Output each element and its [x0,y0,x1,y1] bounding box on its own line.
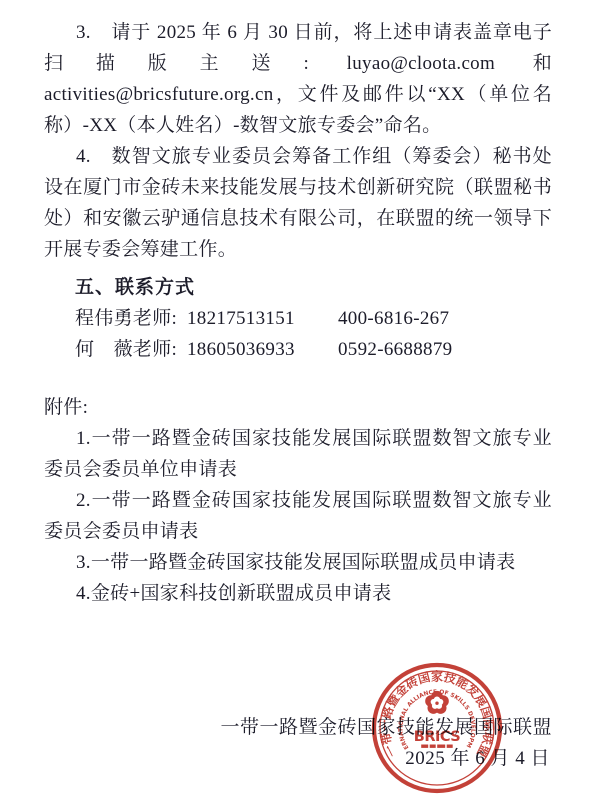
contact-row: 程伟勇老师:18217513151400-6816-267 [75,303,552,334]
paragraph-4: 4. 数智文旅专业委员会筹备工作组（筹委会）秘书处设在厦门市金砖未来技能发展与技… [44,141,552,265]
contact-name: 何 薇老师: [75,334,187,365]
seal-blossom-icon [425,691,449,714]
attachment-item: 1.一带一路暨金砖国家技能发展国际联盟数智文旅专业委员会委员单位申请表 [44,423,552,485]
signature-block: 一带一路暨金砖国家技能发展国际联盟 2025 年 6 月 4 日 [220,712,552,774]
footer-date: 2025 年 6 月 4 日 [220,743,552,774]
attachment-item: 4.金砖+国家科技创新联盟成员申请表 [44,578,552,609]
footer-organization: 一带一路暨金砖国家技能发展国际联盟 [220,712,552,743]
contact-mobile: 18605036933 [187,334,338,365]
contact-row: 何 薇老师:186050369330592-6688879 [75,334,552,365]
contact-mobile: 18217513151 [187,303,338,334]
contact-hotline: 400-6816-267 [338,308,449,329]
document-page: 3. 请于 2025 年 6 月 30 日前，将上述申请表盖章电子扫描版主送: … [0,0,599,812]
attachments-label: 附件: [44,392,552,423]
document-body: 3. 请于 2025 年 6 月 30 日前，将上述申请表盖章电子扫描版主送: … [44,17,552,609]
attachment-item: 2.一带一路暨金砖国家技能发展国际联盟数智文旅专业委员会委员申请表 [44,485,552,547]
section-heading-contact: 五、联系方式 [75,272,552,303]
contact-hotline: 0592-6688879 [338,339,452,360]
attachment-item: 3.一带一路暨金砖国家技能发展国际联盟成员申请表 [44,547,552,578]
contact-name: 程伟勇老师: [75,303,187,334]
paragraph-3: 3. 请于 2025 年 6 月 30 日前，将上述申请表盖章电子扫描版主送: … [44,17,552,141]
